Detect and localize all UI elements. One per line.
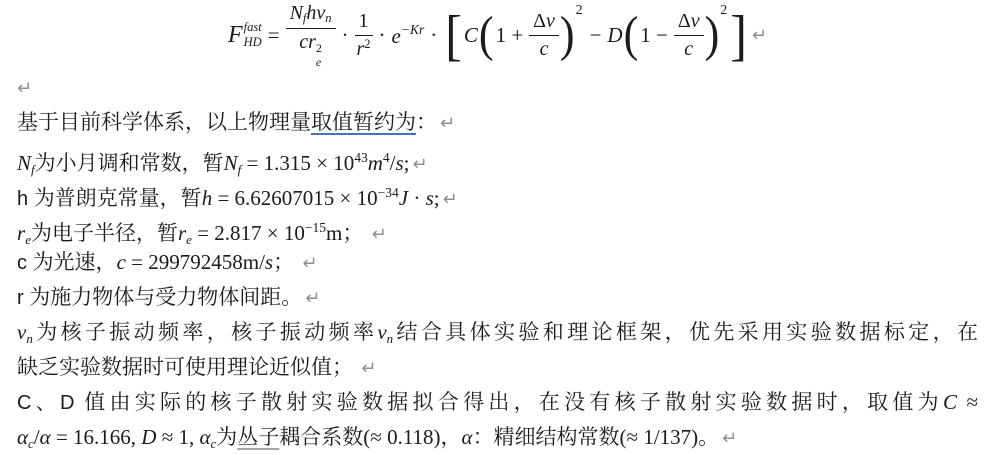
var-alpha: α: [462, 425, 473, 449]
unit-m-exponent: 4: [383, 150, 390, 165]
vn-description-3: 缺乏实验数据时可使用理论近似值；: [17, 355, 358, 379]
empty-paragraph: ↵: [17, 70, 978, 105]
delta: Δ: [533, 10, 546, 32]
re-description: 为电子半径，暂: [31, 221, 178, 245]
spell-underlined-text: 丛子: [237, 425, 279, 449]
r-description: 为施力物体与受力物体间距。: [29, 285, 302, 309]
var-D-italic: D: [141, 425, 156, 449]
intro-text: 基于目前科学体系，以上物理量: [17, 110, 311, 134]
var-c: c: [299, 31, 308, 53]
formula-F-scripts: fast HD: [244, 20, 262, 50]
exp-term: e−Kr: [392, 22, 425, 49]
var-v: v: [17, 320, 26, 344]
var-alpha: α: [40, 425, 51, 449]
paragraph-mark: ↵: [413, 154, 428, 175]
sub-e: e: [316, 56, 321, 69]
vn-line-1: vn为核子振动频率，核子振动频率vn结合具体实验和理论框架，优先采用实验数据标定…: [17, 315, 978, 350]
paragraph-mark: ↵: [440, 113, 455, 134]
dv-denominator: c: [540, 36, 549, 61]
fraction-2-denominator: r2: [357, 36, 371, 61]
cd-value-2: ≈ 1,: [156, 425, 199, 449]
close-bracket: ]: [730, 7, 747, 63]
unit-s: s: [426, 186, 434, 210]
squared: 2: [576, 3, 583, 19]
vn-description-1: 为核子振动频率，核子振动频率: [33, 320, 378, 344]
re-line: re为电子半径，暂re = 2.817 × 10−15m； ↵: [17, 210, 978, 245]
cd-text-wei: 为: [216, 425, 237, 449]
open-paren: (: [479, 10, 494, 59]
var-r: r: [308, 31, 316, 53]
paragraph-mark: ↵: [361, 358, 376, 379]
open-paren: (: [624, 10, 639, 59]
var-h-italic: h: [202, 186, 213, 210]
formula-F-superscript: fast: [244, 20, 262, 35]
fraction-2: 1 r2: [355, 9, 373, 61]
var-v: v: [377, 320, 386, 344]
approx-sign: ≈: [957, 390, 978, 414]
var-h: h: [306, 2, 316, 24]
var-N: N: [290, 2, 303, 24]
var-r: r: [17, 221, 25, 245]
r-e-squared-scripts: 2e: [316, 42, 322, 68]
grammar-underlined-text: 取值暂约为: [311, 110, 416, 134]
dv-over-c-fraction: Δv c: [529, 9, 559, 61]
h-exponent: −34: [378, 185, 399, 200]
var-v: v: [546, 10, 555, 32]
var-v: v: [691, 10, 700, 32]
unit-s: s: [395, 151, 403, 175]
vn-description-2: 结合具体实验和理论框架，优先采用实验数据标定，在: [393, 320, 978, 344]
unit-J: J: [399, 186, 408, 210]
c-line: c 为光速，c = 299792458m/s； ↵: [17, 245, 978, 280]
cdot: ·: [430, 23, 437, 48]
var-alpha: α: [17, 425, 28, 449]
dv-over-c-fraction: Δv c: [674, 9, 704, 61]
cdot: ·: [408, 186, 426, 210]
formula-hd-fast: F fast HD = Nfhvn cr2e · 1 r2 · e−Kr · […: [17, 0, 978, 70]
dv-denominator: c: [684, 36, 693, 61]
formula-lhs: F fast HD: [228, 20, 262, 50]
var-v: v: [316, 2, 325, 24]
intro-line: 基于目前科学体系，以上物理量取值暂约为：↵: [17, 105, 978, 140]
squared: 2: [720, 3, 727, 19]
var-c-italic: c: [117, 250, 126, 274]
semicolon: ;: [404, 151, 410, 175]
var-C-italic: C: [943, 390, 957, 414]
cd-description: 值由实际的核子散射实验数据拟合得出，在没有核子散射实验数据时，取值为: [84, 390, 943, 414]
cdot: ·: [342, 23, 349, 48]
sup-2: 2: [316, 42, 322, 55]
cd-coupling-text: 耦合系数(≈ 0.118)，: [279, 425, 461, 449]
cd-line-1: C、D 值由实际的核子散射实验数据拟合得出，在没有核子散射实验数据时，取值为C …: [17, 385, 978, 420]
var-r: r: [17, 287, 29, 309]
cdot: ·: [379, 23, 386, 48]
var-h: h: [17, 188, 34, 210]
paragraph-mark: ↵: [722, 428, 737, 449]
minus-sign: −: [590, 23, 602, 48]
cd-fine-structure-text: ：精细结构常数(≈ 1/137)。: [473, 425, 720, 449]
var-e: e: [392, 24, 401, 48]
nf-exponent: 43: [354, 150, 368, 165]
equals-sign: =: [268, 23, 280, 48]
unit-s: s: [265, 250, 273, 274]
h-description: 为普朗克常量，暂: [34, 186, 202, 210]
vars-C-D: C、D: [17, 392, 84, 414]
one-minus: 1 −: [640, 23, 668, 48]
delta: Δ: [678, 10, 691, 32]
sub-n: n: [325, 11, 331, 25]
semicolon: ;: [434, 186, 440, 210]
sup-2: 2: [364, 37, 370, 51]
nf-line: Nf为小月调和常数，暂Nf = 1.315 × 1043m4/s;↵: [17, 140, 978, 175]
formula-F-subscript: HD: [244, 35, 262, 50]
intro-colon: ：: [416, 110, 437, 134]
dv-numerator: Δv: [529, 9, 559, 36]
semicolon: ；: [342, 221, 368, 245]
paragraph-mark: ↵: [305, 288, 320, 309]
nf-value: = 1.315 × 10: [241, 151, 354, 175]
document-page: F fast HD = Nfhvn cr2e · 1 r2 · e−Kr · […: [0, 0, 1000, 455]
cd-line-2: αc/α = 16.166, D ≈ 1, αc为丛子耦合系数(≈ 0.118)…: [17, 420, 978, 455]
h-line: h 为普朗克常量，暂h = 6.62607015 × 10−34J · s;↵: [17, 175, 978, 210]
exp-minus-Kr: −Kr: [401, 22, 424, 37]
paragraph-mark: ↵: [17, 78, 32, 99]
r-line: r 为施力物体与受力物体间距。↵: [17, 280, 978, 315]
var-r: r: [178, 221, 186, 245]
open-bracket: [: [445, 7, 462, 63]
nf-description: 为小月调和常数，暂: [35, 151, 224, 175]
fraction-1-denominator: cr2e: [299, 29, 322, 68]
semicolon: ；: [273, 250, 299, 274]
var-C: C: [464, 23, 478, 48]
dv-numerator: Δv: [674, 9, 704, 36]
formula-F: F: [228, 22, 243, 49]
fraction-1-numerator: Nfhvn: [286, 1, 336, 29]
var-N: N: [224, 151, 238, 175]
var-D: D: [607, 23, 622, 48]
paragraph-mark: ↵: [443, 189, 458, 210]
fraction-2-numerator: 1: [355, 9, 373, 36]
close-paren: ): [560, 10, 575, 59]
paragraph-mark: ↵: [302, 253, 317, 274]
re-exponent: −15: [305, 220, 326, 235]
c-description: 为光速，: [33, 250, 117, 274]
paragraph-mark: ↵: [752, 25, 767, 46]
var-alpha: α: [199, 425, 210, 449]
re-value: = 2.817 × 10: [192, 221, 305, 245]
var-N: N: [17, 151, 31, 175]
h-value: = 6.62607015 × 10: [212, 186, 377, 210]
vn-line-2: 缺乏实验数据时可使用理论近似值； ↵: [17, 350, 978, 385]
cd-value-1: = 16.166,: [51, 425, 142, 449]
one-plus: 1 +: [496, 23, 524, 48]
close-paren: ): [705, 10, 720, 59]
var-c: c: [17, 252, 33, 274]
fraction-1: Nfhvn cr2e: [286, 1, 336, 68]
c-value: = 299792458m/: [126, 250, 265, 274]
unit-m: m: [326, 221, 342, 245]
paragraph-mark: ↵: [372, 224, 387, 245]
unit-m: m: [368, 151, 383, 175]
